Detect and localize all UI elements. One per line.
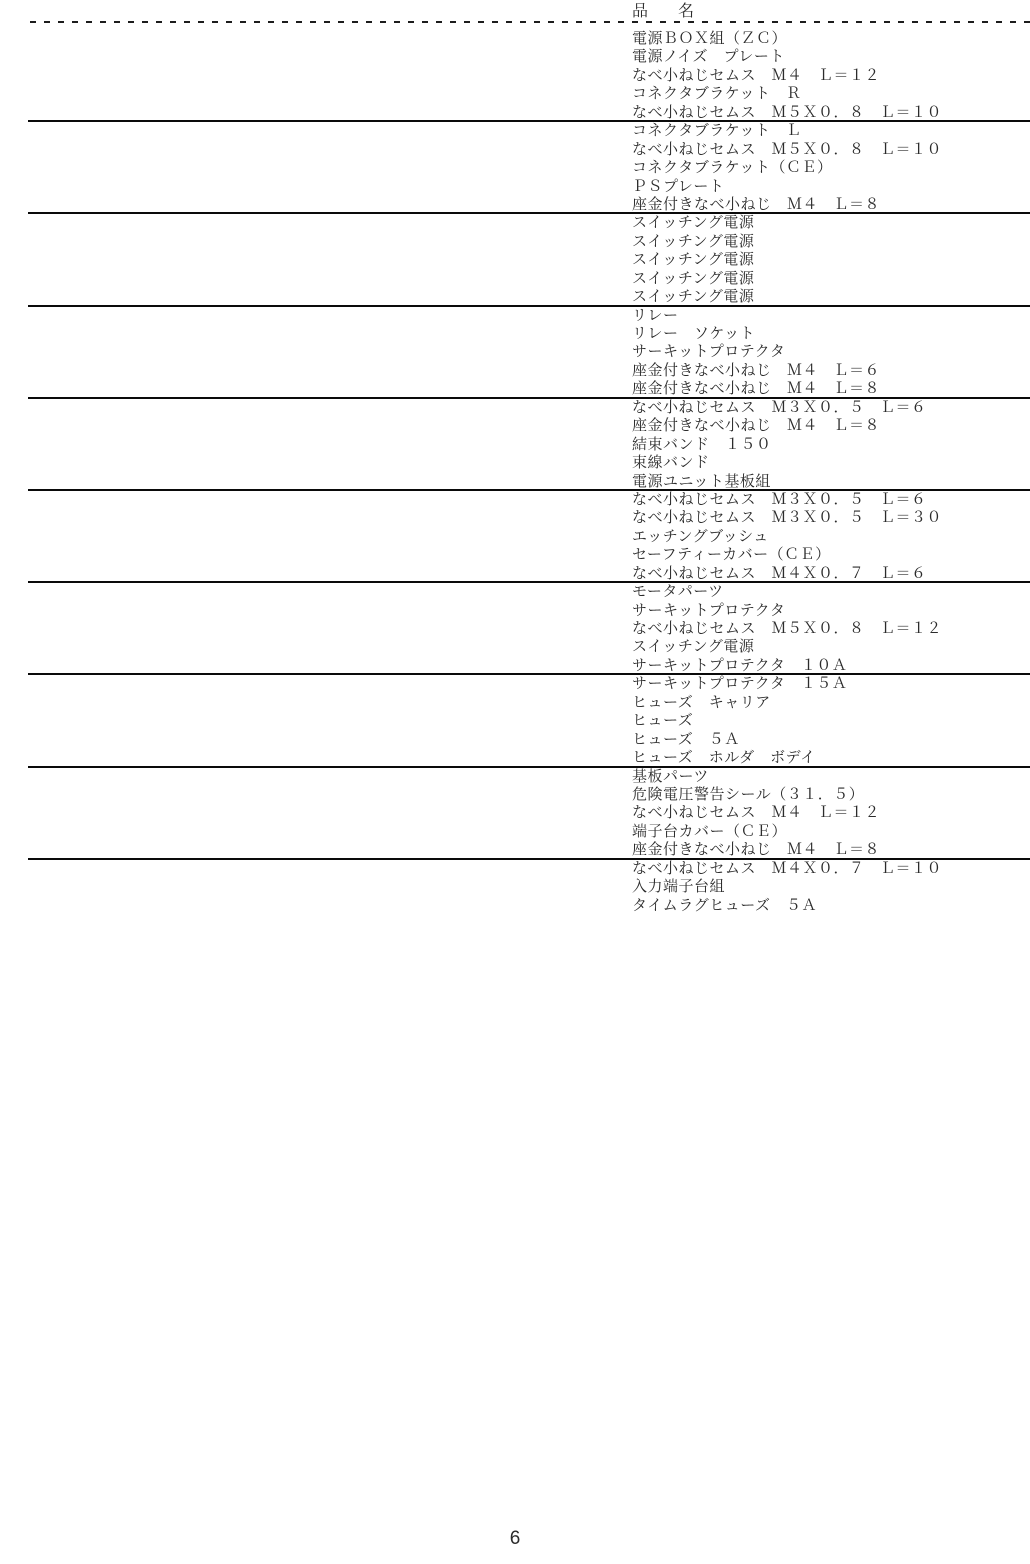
part-row: 電源ユニット基板組 [28,473,1030,491]
part-row: スイッチング電源 [28,288,1030,306]
part-row: ヒューズ キャリア [28,694,1030,712]
part-row: コネクタブラケット Ｒ [28,85,1030,103]
part-row: タイムラグヒューズ ５Ａ [28,897,1030,915]
parts-section: 基板パーツ危険電圧警告シール（３１．５）なべ小ねじセムス Ｍ４ Ｌ＝１２端子台カ… [28,768,1030,860]
part-row: なべ小ねじセムス Ｍ４ Ｌ＝１２ [28,67,1030,85]
part-row: サーキットプロテクタ [28,602,1030,620]
part-row: サーキットプロテクタ １５Ａ [28,675,1030,693]
part-row: 基板パーツ [28,768,1030,786]
part-row: なべ小ねじセムス Ｍ５Ｘ０．８ Ｌ＝１０ [28,104,1030,122]
part-row: 入力端子台組 [28,878,1030,896]
parts-section: なべ小ねじセムス Ｍ４Ｘ０．７ Ｌ＝１０入力端子台組タイムラグヒューズ ５Ａ [28,860,1030,915]
part-row: サーキットプロテクタ １０Ａ [28,657,1030,675]
part-row: なべ小ねじセムス Ｍ４Ｘ０．７ Ｌ＝１０ [28,860,1030,878]
parts-section: リレーリレー ソケットサーキットプロテクタ座金付きなべ小ねじ Ｍ４ Ｌ＝６座金付… [28,307,1030,399]
part-row: ＰＳプレート [28,178,1030,196]
page-number: 6 [0,1528,1030,1550]
part-row: 座金付きなべ小ねじ Ｍ４ Ｌ＝８ [28,841,1030,859]
parts-table: 電源ＢＯＸ組（ＺＣ）電源ノイズ プレートなべ小ねじセムス Ｍ４ Ｌ＝１２コネクタ… [0,23,1030,915]
part-row: スイッチング電源 [28,251,1030,269]
table-top-spacer [0,23,1030,30]
part-row: コネクタブラケット（ＣＥ） [28,159,1030,177]
part-row: 結束バンド １５０ [28,436,1030,454]
part-row: 危険電圧警告シール（３１．５） [28,786,1030,804]
part-row: なべ小ねじセムス Ｍ４ Ｌ＝１２ [28,804,1030,822]
parts-section: 電源ＢＯＸ組（ＺＣ）電源ノイズ プレートなべ小ねじセムス Ｍ４ Ｌ＝１２コネクタ… [28,30,1030,122]
part-row: 端子台カバー（ＣＥ） [28,823,1030,841]
parts-section: なべ小ねじセムス Ｍ３Ｘ０．５ Ｌ＝６座金付きなべ小ねじ Ｍ４ Ｌ＝８結束バンド… [28,399,1030,491]
column-header-item-name: 品 名 [632,1,701,22]
part-row: 座金付きなべ小ねじ Ｍ４ Ｌ＝８ [28,196,1030,214]
part-row: なべ小ねじセムス Ｍ４Ｘ０．７ Ｌ＝６ [28,565,1030,583]
parts-section: モータパーツサーキットプロテクタなべ小ねじセムス Ｍ５Ｘ０．８ Ｌ＝１２スイッチ… [28,583,1030,675]
part-row: なべ小ねじセムス Ｍ３Ｘ０．５ Ｌ＝３０ [28,509,1030,527]
part-row: スイッチング電源 [28,233,1030,251]
parts-section: サーキットプロテクタ １５Ａヒューズ キャリアヒューズヒューズ ５Ａヒューズ ホ… [28,675,1030,767]
part-row: セーフティーカバー（ＣＥ） [28,546,1030,564]
part-row: なべ小ねじセムス Ｍ５Ｘ０．８ Ｌ＝１０ [28,141,1030,159]
part-row: 束線バンド [28,454,1030,472]
part-row: モータパーツ [28,583,1030,601]
part-row: なべ小ねじセムス Ｍ３Ｘ０．５ Ｌ＝６ [28,399,1030,417]
document-page: 品 名 電源ＢＯＸ組（ＺＣ）電源ノイズ プレートなべ小ねじセムス Ｍ４ Ｌ＝１２… [0,0,1030,1564]
part-row: リレー ソケット [28,325,1030,343]
part-row: なべ小ねじセムス Ｍ５Ｘ０．８ Ｌ＝１２ [28,620,1030,638]
part-row: スイッチング電源 [28,214,1030,232]
part-row: スイッチング電源 [28,270,1030,288]
part-row: ヒューズ ５Ａ [28,731,1030,749]
part-row: 座金付きなべ小ねじ Ｍ４ Ｌ＝８ [28,417,1030,435]
part-row: スイッチング電源 [28,638,1030,656]
part-row: リレー [28,307,1030,325]
parts-section: スイッチング電源スイッチング電源スイッチング電源スイッチング電源スイッチング電源 [28,214,1030,306]
part-row: サーキットプロテクタ [28,343,1030,361]
part-row: ヒューズ [28,712,1030,730]
parts-section: コネクタブラケット Ｌなべ小ねじセムス Ｍ５Ｘ０．８ Ｌ＝１０コネクタブラケット… [28,122,1030,214]
part-row: なべ小ねじセムス Ｍ３Ｘ０．５ Ｌ＝６ [28,491,1030,509]
part-row: 電源ＢＯＸ組（ＺＣ） [28,30,1030,48]
part-row: エッチングブッシュ [28,528,1030,546]
part-row: 座金付きなべ小ねじ Ｍ４ Ｌ＝６ [28,362,1030,380]
part-row: 電源ノイズ プレート [28,48,1030,66]
part-row: コネクタブラケット Ｌ [28,122,1030,140]
part-row: ヒューズ ホルダ ボデイ [28,749,1030,767]
part-row: 座金付きなべ小ねじ Ｍ４ Ｌ＝８ [28,380,1030,398]
parts-section: なべ小ねじセムス Ｍ３Ｘ０．５ Ｌ＝６なべ小ねじセムス Ｍ３Ｘ０．５ Ｌ＝３０エ… [28,491,1030,583]
